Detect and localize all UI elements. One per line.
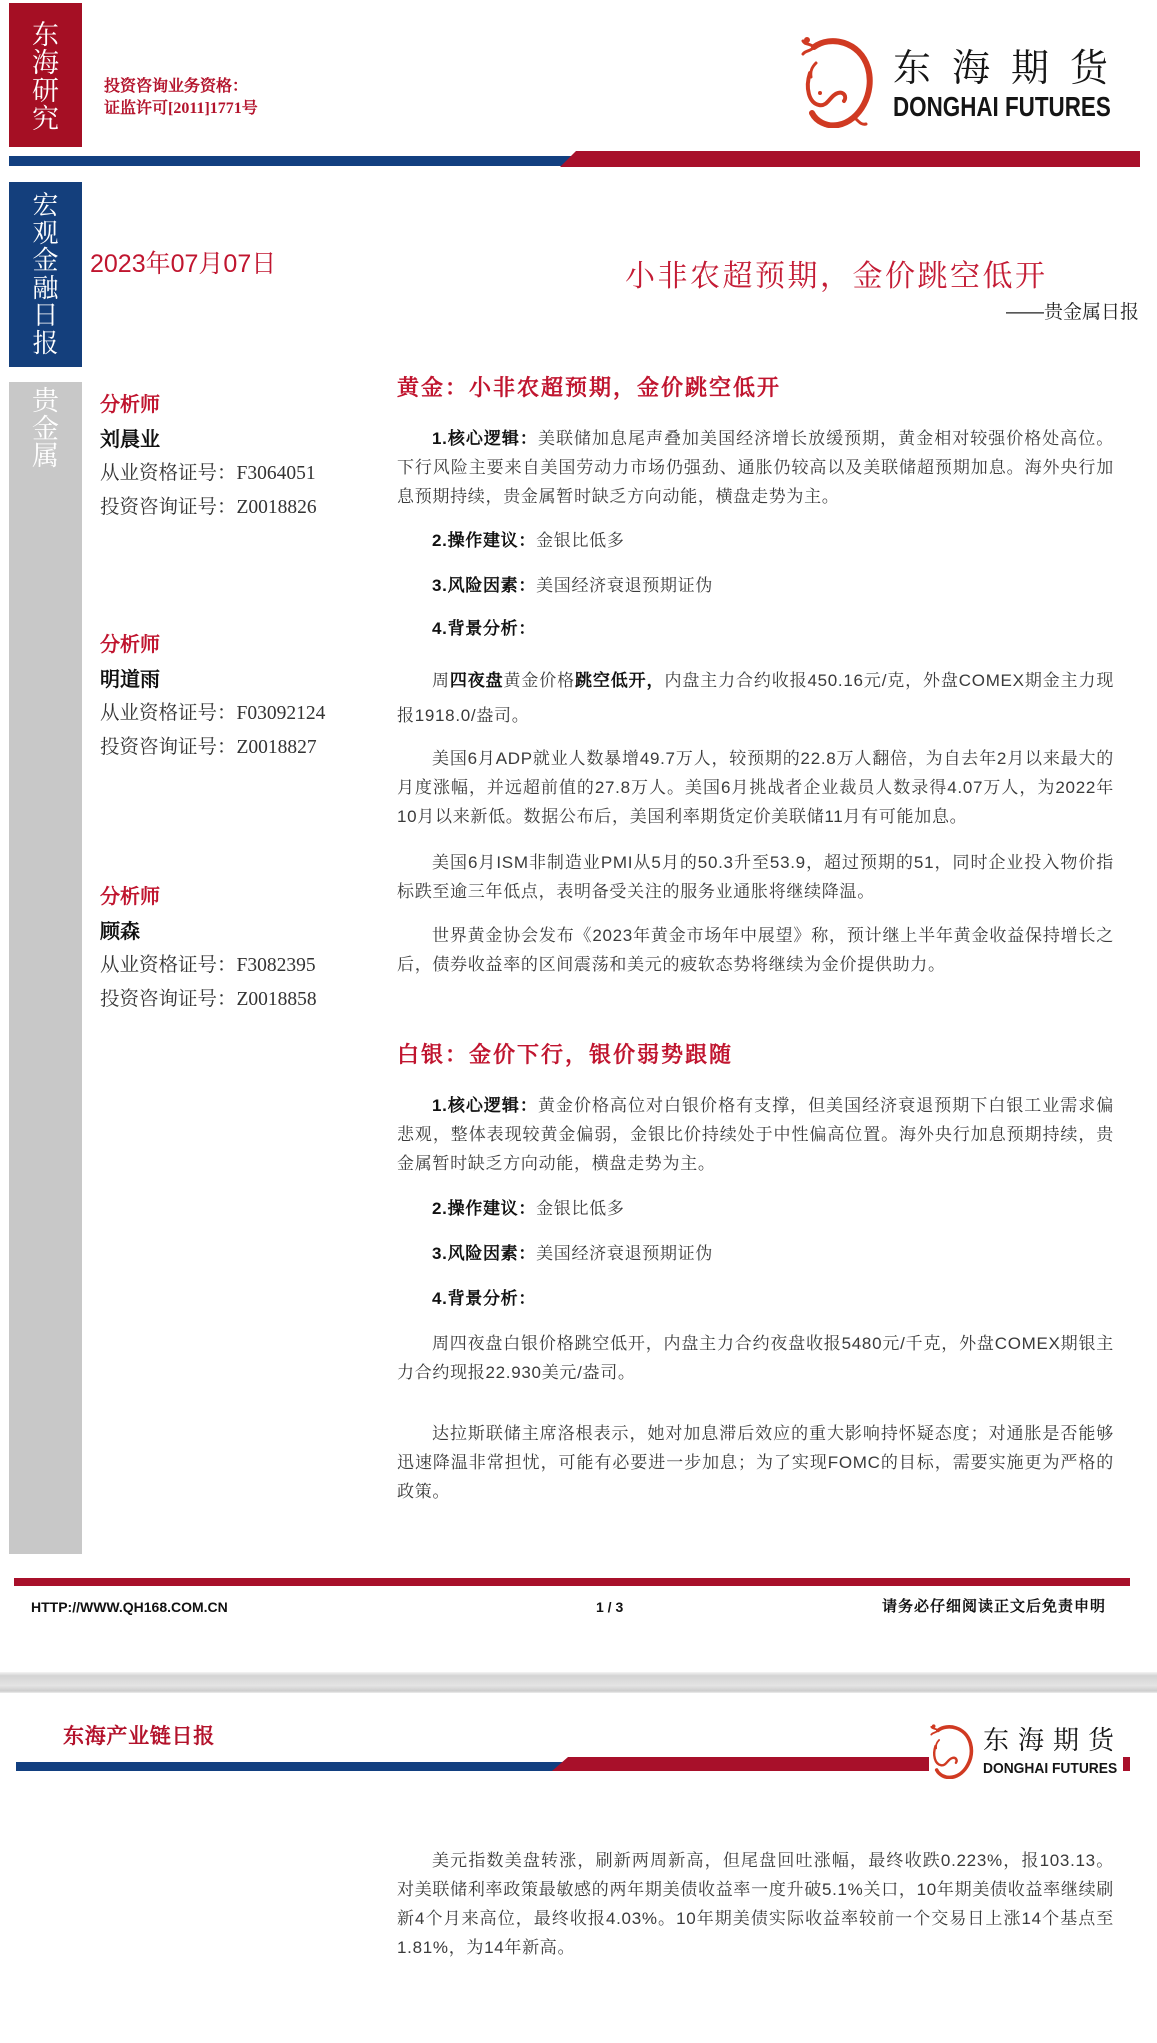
analyst-name: 顾森 — [100, 915, 317, 949]
analyst-consulting-number: 投资咨询证号：Z0018826 — [100, 491, 317, 525]
analyst-role: 分析师 — [100, 627, 325, 663]
gold-background-paragraph: 世界黄金协会发布《2023年黄金市场年中展望》称，预计继上半年黄金收益保持增长之… — [397, 921, 1114, 979]
header-divider-red — [560, 151, 1140, 167]
dragon-logo-icon — [800, 33, 875, 128]
page-separator — [0, 1672, 1157, 1693]
analyst-name: 明道雨 — [100, 663, 325, 697]
core-logic-label: 1.核心逻辑： — [432, 429, 538, 448]
page2-header-title: 东海产业链日报 — [63, 1724, 215, 1750]
analyst-role: 分析师 — [100, 387, 317, 423]
gold-risk: 3.风险因素：美国经济衰退预期证伪 — [397, 571, 1114, 600]
suggestion-label: 2.操作建议： — [432, 531, 536, 550]
category-tag: 宏观金融日报 — [9, 182, 82, 367]
silver-core-logic: 1.核心逻辑：黄金价格高位对白银价格有支撑，但美国经济衰退预期下白银工业需求偏悲… — [397, 1091, 1114, 1178]
gold-background-label: 4.背景分析： — [397, 614, 1114, 643]
suggestion-text: 金银比低多 — [536, 1199, 625, 1218]
silver-background-paragraph: 周四夜盘白银价格跳空低开，内盘主力合约夜盘收报5480元/千克，外盘COMEX期… — [397, 1329, 1114, 1387]
report-date: 2023年07月07日 — [90, 249, 276, 279]
background-label: 4.背景分析： — [432, 619, 536, 638]
gold-background-paragraph: 周四夜盘黄金价格跳空低开，内盘主力合约收报450.16元/克，外盘COMEX期金… — [397, 663, 1114, 733]
logo-english-name: DONGHAI FUTURES — [893, 92, 1111, 122]
risk-text: 美国经济衰退预期证伪 — [536, 1244, 713, 1263]
analyst-role: 分析师 — [100, 879, 317, 915]
analyst-consulting-number: 投资咨询证号：Z0018827 — [100, 731, 325, 765]
risk-label: 3.风险因素： — [432, 576, 536, 595]
analyst-qualification-number: 从业资格证号：F3082395 — [100, 949, 317, 983]
dragon-logo-icon — [929, 1722, 975, 1779]
qualification-line-2: 证监许可[2011]1771号 — [104, 98, 258, 120]
logo-english-name: DONGHAI FUTURES — [983, 1760, 1117, 1777]
website-link[interactable]: HTTP://WWW.QH168.COM.CN — [31, 1598, 228, 1616]
core-logic-label: 1.核心逻辑： — [432, 1096, 538, 1115]
analyst-name: 刘晨业 — [100, 423, 317, 457]
text-segment: 黄金价格 — [504, 671, 576, 690]
logo-chinese-name: 东海期货 — [893, 49, 1129, 89]
text-segment: 周 — [432, 671, 450, 690]
gold-background-paragraph: 美国6月ISM非制造业PMI从5月的50.3升至53.9，超过预期的51，同时企… — [397, 848, 1114, 906]
report-subtitle: ——贵金属日报 — [1006, 302, 1139, 324]
section-heading-silver: 白银：金价下行，银价弱势跟随 — [397, 1042, 1114, 1068]
report-title: 小非农超预期，金价跳空低开 — [625, 259, 1048, 295]
page2-paragraph: 美元指数美盘转涨，刷新两周新高，但尾盘回吐涨幅，最终收跌0.223%，报103.… — [397, 1846, 1114, 1962]
analyst-card: 分析师 顾森 从业资格证号：F3082395 投资咨询证号：Z0018858 — [100, 879, 317, 1017]
logo-chinese-name: 东海期货 — [983, 1727, 1123, 1755]
category-tag-label: 宏观金融日报 — [33, 182, 59, 357]
brand-tag-label: 东海研究 — [32, 3, 59, 133]
sector-tag: 贵金属 — [9, 382, 82, 1554]
gold-core-logic: 1.核心逻辑：美联储加息尾声叠加美国经济增长放缓预期，黄金相对较强价格处高位。下… — [397, 424, 1114, 511]
sector-tag-label: 贵金属 — [32, 382, 59, 471]
qualification-line-1: 投资咨询业务资格： — [104, 76, 258, 98]
suggestion-label: 2.操作建议： — [432, 1199, 536, 1218]
gold-background-paragraph: 美国6月ADP就业人数暴增49.7万人，较预期的22.8万人翻倍，为自去年2月以… — [397, 744, 1114, 831]
gold-suggestion: 2.操作建议：金银比低多 — [397, 526, 1114, 555]
page-number: 1 / 3 — [596, 1598, 623, 1616]
silver-suggestion: 2.操作建议：金银比低多 — [397, 1194, 1114, 1223]
risk-text: 美国经济衰退预期证伪 — [536, 576, 713, 595]
bold-text-segment: 四夜盘 — [450, 671, 504, 690]
risk-label: 3.风险因素： — [432, 1244, 536, 1263]
analyst-card: 分析师 刘晨业 从业资格证号：F3064051 投资咨询证号：Z0018826 — [100, 387, 317, 525]
silver-risk: 3.风险因素：美国经济衰退预期证伪 — [397, 1239, 1114, 1268]
suggestion-text: 金银比低多 — [536, 531, 625, 550]
header-divider-blue — [9, 156, 575, 166]
page2-divider-blue — [16, 1762, 566, 1771]
silver-background-label: 4.背景分析： — [397, 1284, 1114, 1313]
company-logo: 东海期货 DONGHAI FUTURES — [800, 33, 1120, 129]
analyst-card: 分析师 明道雨 从业资格证号：F03092124 投资咨询证号：Z0018827 — [100, 627, 325, 765]
background-label: 4.背景分析： — [432, 1289, 536, 1308]
footer-divider — [14, 1578, 1130, 1586]
analyst-consulting-number: 投资咨询证号：Z0018858 — [100, 983, 317, 1017]
analyst-qualification-number: 从业资格证号：F03092124 — [100, 697, 325, 731]
disclaimer-notice: 请务必仔细阅读正文后免责申明 — [882, 1597, 1106, 1617]
report-document: 东海研究 投资咨询业务资格： 证监许可[2011]1771号 东海期货 DONG… — [0, 0, 1157, 2043]
brand-tag: 东海研究 — [9, 3, 82, 147]
qualification-notice: 投资咨询业务资格： 证监许可[2011]1771号 — [104, 76, 258, 120]
analyst-qualification-number: 从业资格证号：F3064051 — [100, 457, 317, 491]
silver-background-paragraph: 达拉斯联储主席洛根表示，她对加息滞后效应的重大影响持怀疑态度；对通胀是否能够迅速… — [397, 1419, 1114, 1506]
company-logo: 东海期货 DONGHAI FUTURES — [929, 1722, 1123, 1780]
bold-text-segment: 跳空低开， — [575, 671, 664, 690]
section-heading-gold: 黄金：小非农超预期，金价跳空低开 — [397, 375, 1114, 401]
